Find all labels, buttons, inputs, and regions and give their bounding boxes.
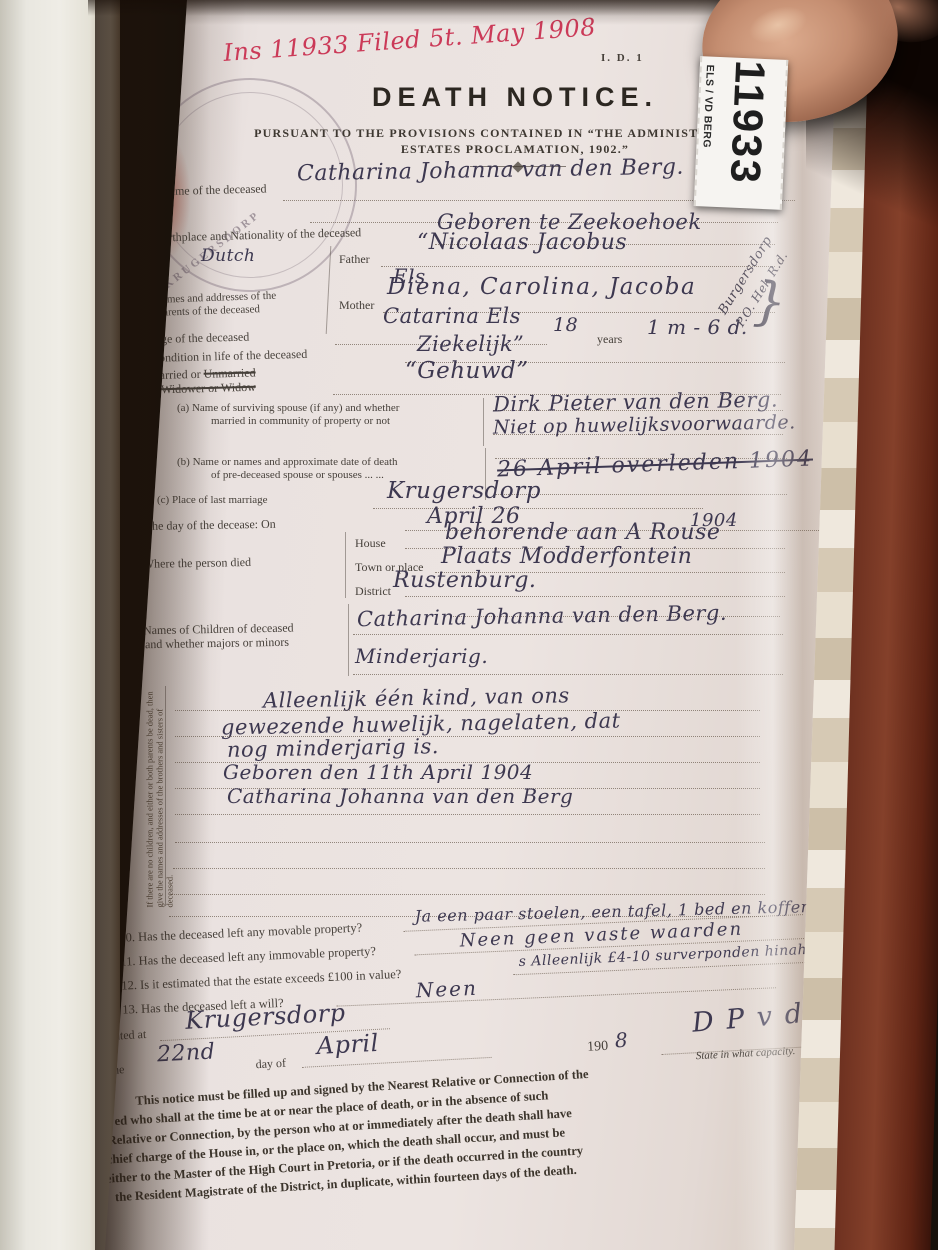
year-printed: 190 bbox=[587, 1039, 609, 1056]
field-b-label-line1: (b) Name or names and approximate date o… bbox=[177, 456, 398, 468]
month-value: April bbox=[316, 1029, 379, 1060]
field-6-label-struck-unmarried: Unmarried bbox=[203, 365, 255, 380]
sticker-number: 11933 bbox=[720, 59, 774, 207]
dotted-rule bbox=[353, 624, 783, 635]
field-6-label-struck-widow: Widower or Widow bbox=[161, 380, 256, 397]
day-of-label: day of bbox=[255, 1056, 286, 1073]
field-c-value: Krugersdorp bbox=[387, 478, 541, 504]
field-b-label-line2: of pre-deceased spouse or spouses ... ..… bbox=[211, 469, 384, 481]
district-value: Rustenburg. bbox=[393, 568, 536, 593]
field-9-label-line2: and whether majors or minors bbox=[145, 635, 289, 653]
mother-value-2: Catarina Els bbox=[383, 304, 521, 328]
form-code: I. D. 1 bbox=[601, 52, 644, 64]
archive-number-sticker: 11933 ELS / VD BERG bbox=[694, 56, 788, 210]
field-12-label: 12. Is it estimated that the estate exce… bbox=[121, 967, 402, 994]
field-6-value: “Gehuwd” bbox=[405, 358, 529, 384]
archive-photograph: Ins 11933 Filed 5t. May 1908 I. D. 1 KRU… bbox=[0, 0, 938, 1250]
dotted-rule bbox=[175, 804, 760, 815]
blank-left-page bbox=[0, 0, 120, 1250]
field-2-nationality: Dutch bbox=[201, 246, 255, 266]
father-label: Father bbox=[339, 252, 370, 267]
field-1-label: 1. Name of the deceased bbox=[149, 181, 267, 199]
mother-label: Mother bbox=[339, 298, 374, 313]
field-4-label: 4. Age of the deceased bbox=[141, 330, 250, 348]
field-a-label-line1: (a) Name of surviving spouse (if any) an… bbox=[177, 402, 399, 414]
dotted-rule bbox=[171, 884, 765, 895]
sticker-name: ELS / VD BERG bbox=[698, 64, 716, 202]
field-8-label: 8. Where the person died bbox=[131, 555, 251, 572]
district-label: District bbox=[355, 584, 391, 599]
field-7-label: 7. The day of the decease: On bbox=[133, 517, 276, 534]
red-filing-note: Ins 11933 Filed 5t. May 1908 bbox=[222, 13, 596, 67]
field-c-label: (c) Place of last marriage bbox=[157, 494, 268, 506]
field-10-label: 10. Has the deceased left any movable pr… bbox=[119, 921, 362, 946]
years-label: years bbox=[597, 332, 622, 347]
field-3-label-line2: Parents of the deceased bbox=[157, 303, 260, 319]
town-value: Plaats Modderfontein bbox=[441, 544, 692, 569]
field-6-label-pre: 6. Married or bbox=[137, 367, 204, 383]
label-divider bbox=[348, 604, 349, 676]
dotted-rule bbox=[173, 858, 765, 869]
field-5-value: Ziekelijk” bbox=[417, 332, 524, 356]
mother-value: Diena, Carolina, Jacoba bbox=[387, 274, 696, 300]
side-instruction-rotated: If there are no children, and either or … bbox=[145, 683, 205, 908]
field-a-label-line2: married in community of property or not bbox=[211, 415, 390, 427]
field-4-value: 18 bbox=[553, 314, 578, 336]
dotted-rule bbox=[353, 664, 783, 675]
day-value: 22nd bbox=[156, 1039, 215, 1067]
dotted-rule bbox=[175, 832, 765, 843]
statement-rule bbox=[165, 686, 166, 906]
field-11-label: 11. Has the deceased left any immovable … bbox=[120, 944, 376, 970]
dotted-rule bbox=[175, 700, 760, 711]
father-value: “Nicolaas Jacobus bbox=[417, 230, 627, 255]
year-digit: 8 bbox=[614, 1028, 628, 1053]
house-label: House bbox=[355, 536, 386, 551]
field-5-label: 5. Condition in life of the deceased bbox=[139, 347, 308, 366]
label-divider bbox=[345, 532, 346, 598]
house-value: behorende aan A Rouse bbox=[445, 520, 720, 545]
dotted-rule bbox=[175, 726, 760, 737]
label-divider bbox=[483, 398, 484, 446]
field-4-value-2: 1 m - 6 d. bbox=[647, 315, 748, 339]
